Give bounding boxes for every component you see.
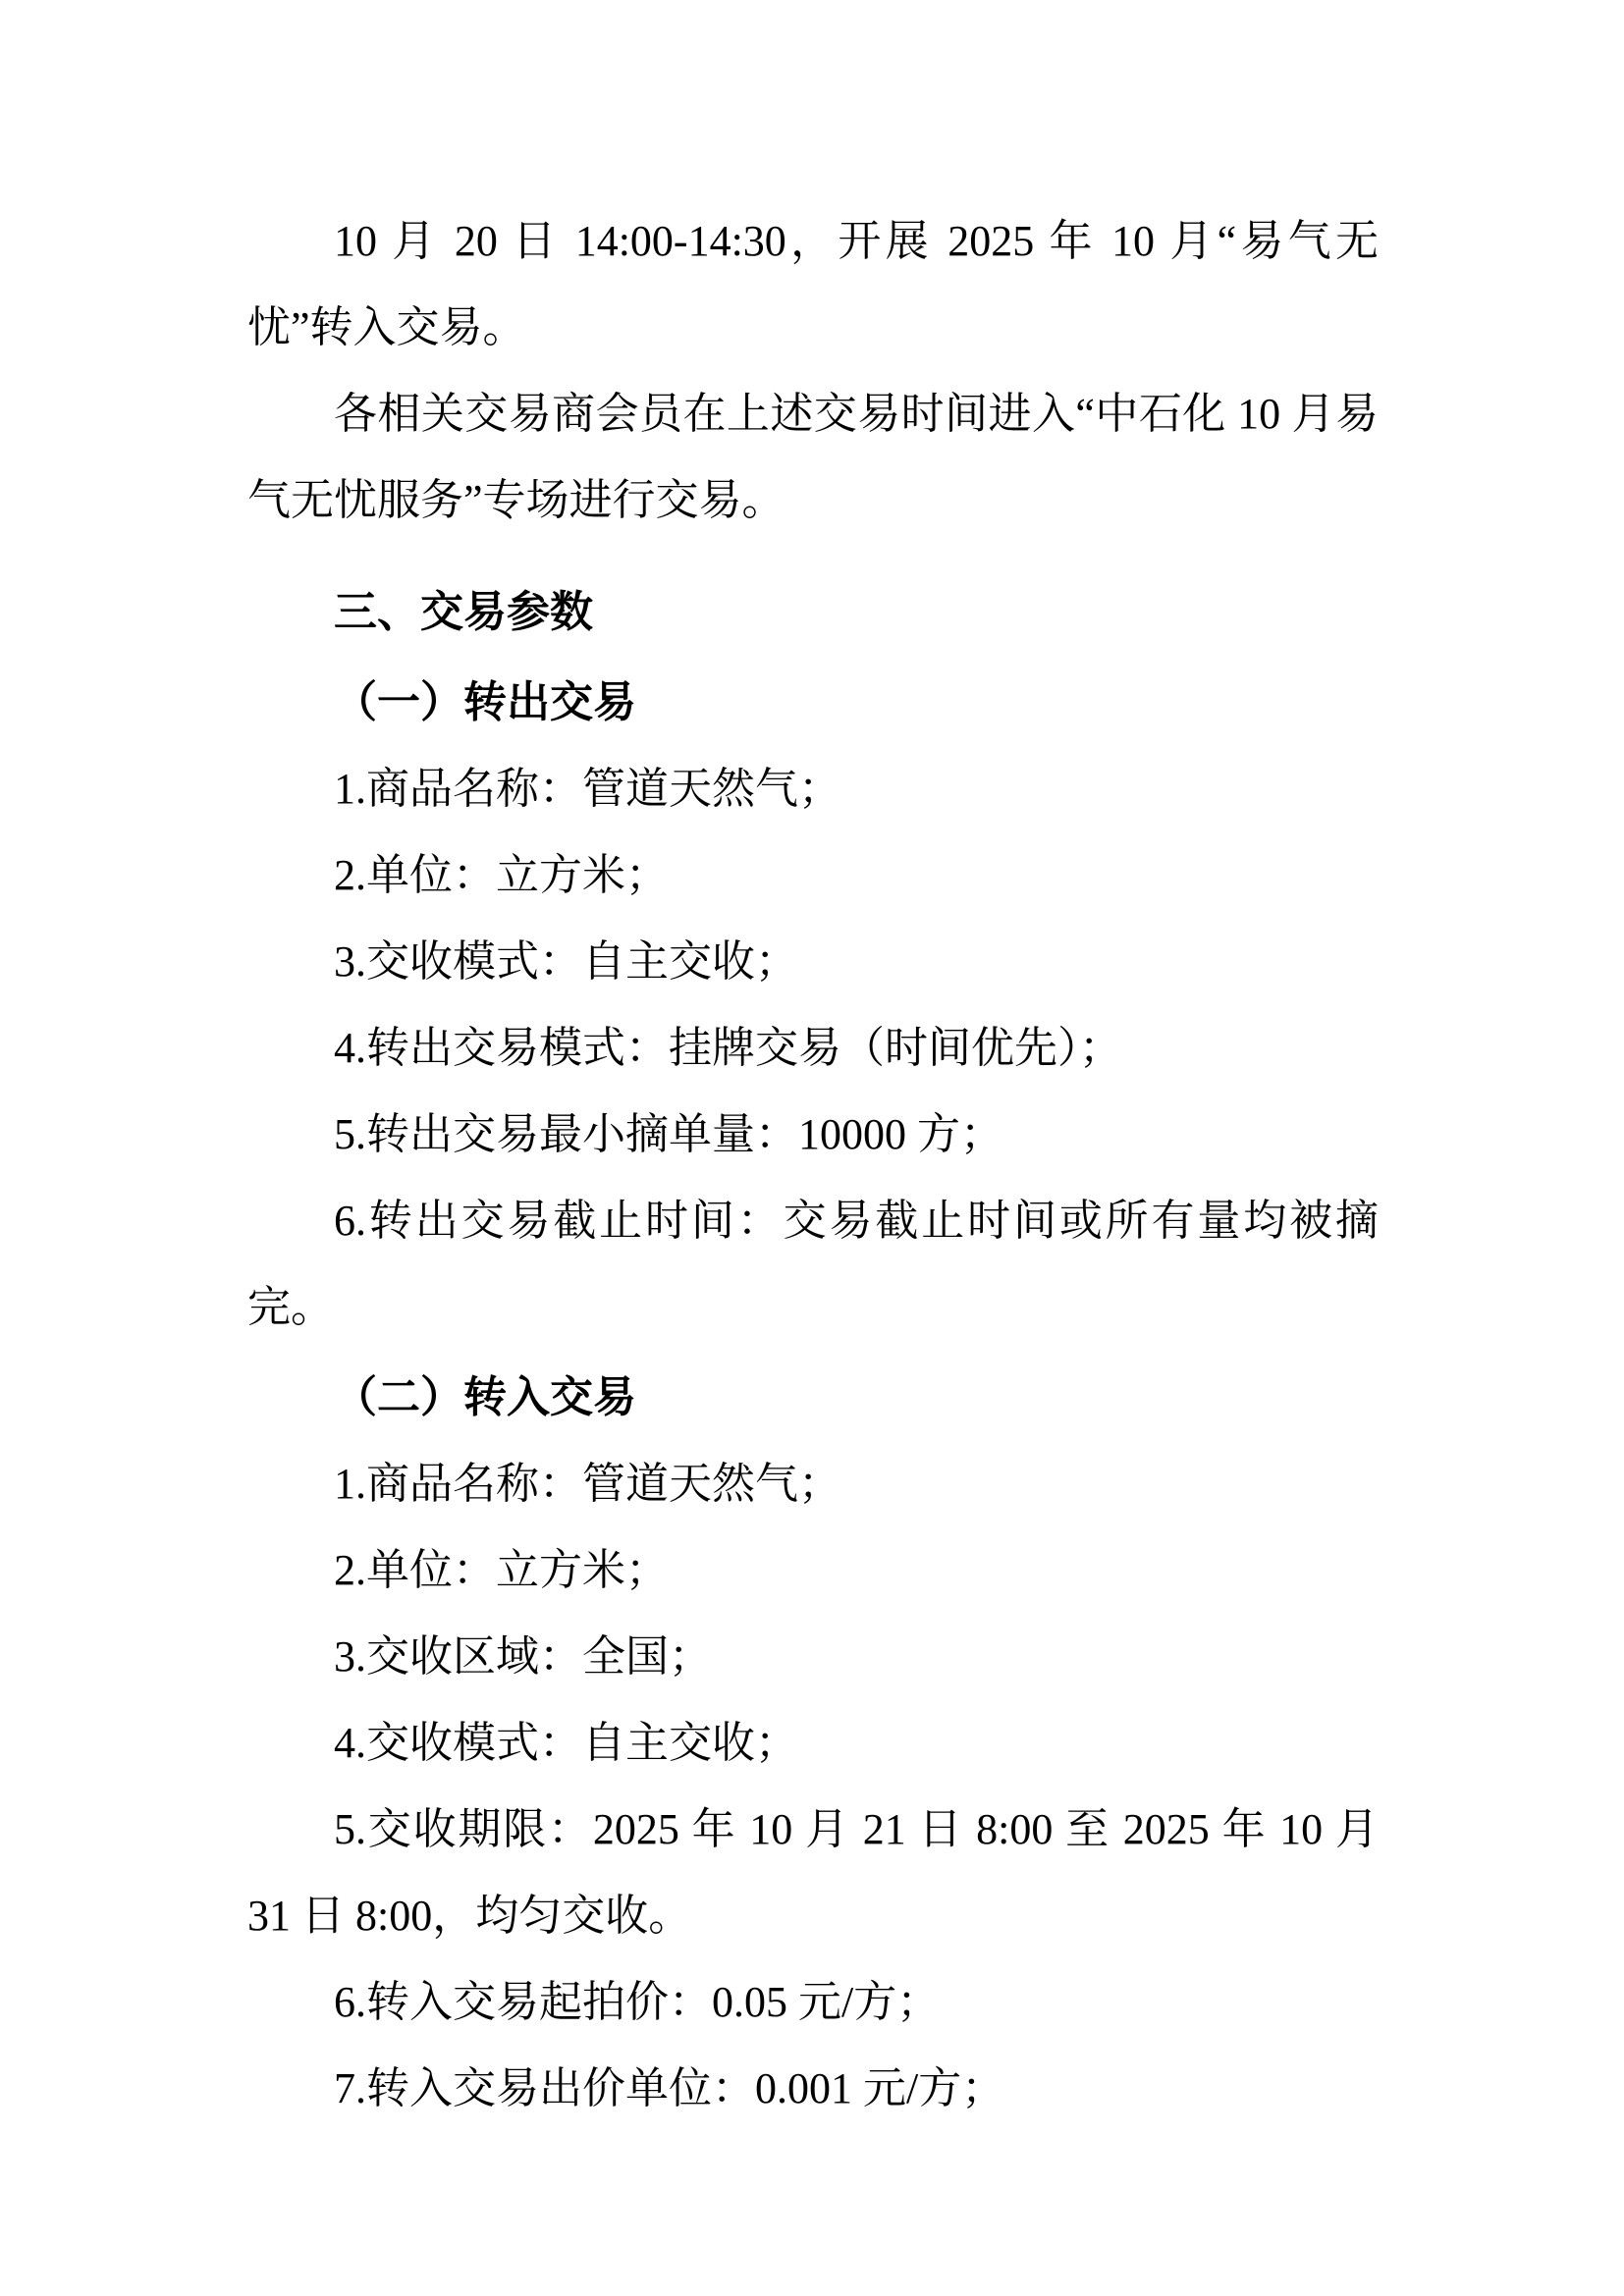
paragraph-trade-time: 10 月 20 日 14:00-14:30，开展 2025 年 10 月“易气无… — [247, 198, 1379, 371]
list-item-out-trade-mode: 4.转出交易模式：挂牌交易（时间优先）； — [247, 1005, 1379, 1092]
document-page: 10 月 20 日 14:00-14:30，开展 2025 年 10 月“易气无… — [0, 0, 1624, 2296]
list-item-in-delivery-region: 3.交收区域：全国； — [247, 1614, 1379, 1700]
list-item-in-start-price: 6.转入交易起拍价：0.05 元/方； — [247, 1959, 1379, 2046]
section-heading-parameters: 三、交易参数 — [247, 569, 1379, 656]
list-item-out-product-name: 1.商品名称：管道天然气； — [247, 746, 1379, 832]
list-item-in-bid-increment: 7.转入交易出价单位：0.001 元/方； — [247, 2046, 1379, 2132]
document-body: 10 月 20 日 14:00-14:30，开展 2025 年 10 月“易气无… — [247, 198, 1379, 2132]
list-item-out-min-lot: 5.转出交易最小摘单量：10000 方； — [247, 1092, 1379, 1178]
list-item-in-delivery-period: 5.交收期限：2025 年 10 月 21 日 8:00 至 2025 年 10… — [247, 1787, 1379, 1959]
list-item-in-unit: 2.单位：立方米； — [247, 1527, 1379, 1614]
list-item-out-deadline: 6.转出交易截止时间：交易截止时间或所有量均被摘完。 — [247, 1178, 1379, 1351]
list-item-out-unit: 2.单位：立方米； — [247, 832, 1379, 919]
paragraph-member-entry: 各相关交易商会员在上述交易时间进入“中石化 10 月易气无忧服务”专场进行交易。 — [247, 371, 1379, 544]
list-item-in-delivery-mode: 4.交收模式：自主交收； — [247, 1700, 1379, 1787]
list-item-out-delivery-mode: 3.交收模式：自主交收； — [247, 919, 1379, 1005]
subsection-heading-transfer-out: （一）转出交易 — [247, 660, 1379, 746]
list-item-in-product-name: 1.商品名称：管道天然气； — [247, 1441, 1379, 1527]
subsection-heading-transfer-in: （二）转入交易 — [247, 1355, 1379, 1441]
